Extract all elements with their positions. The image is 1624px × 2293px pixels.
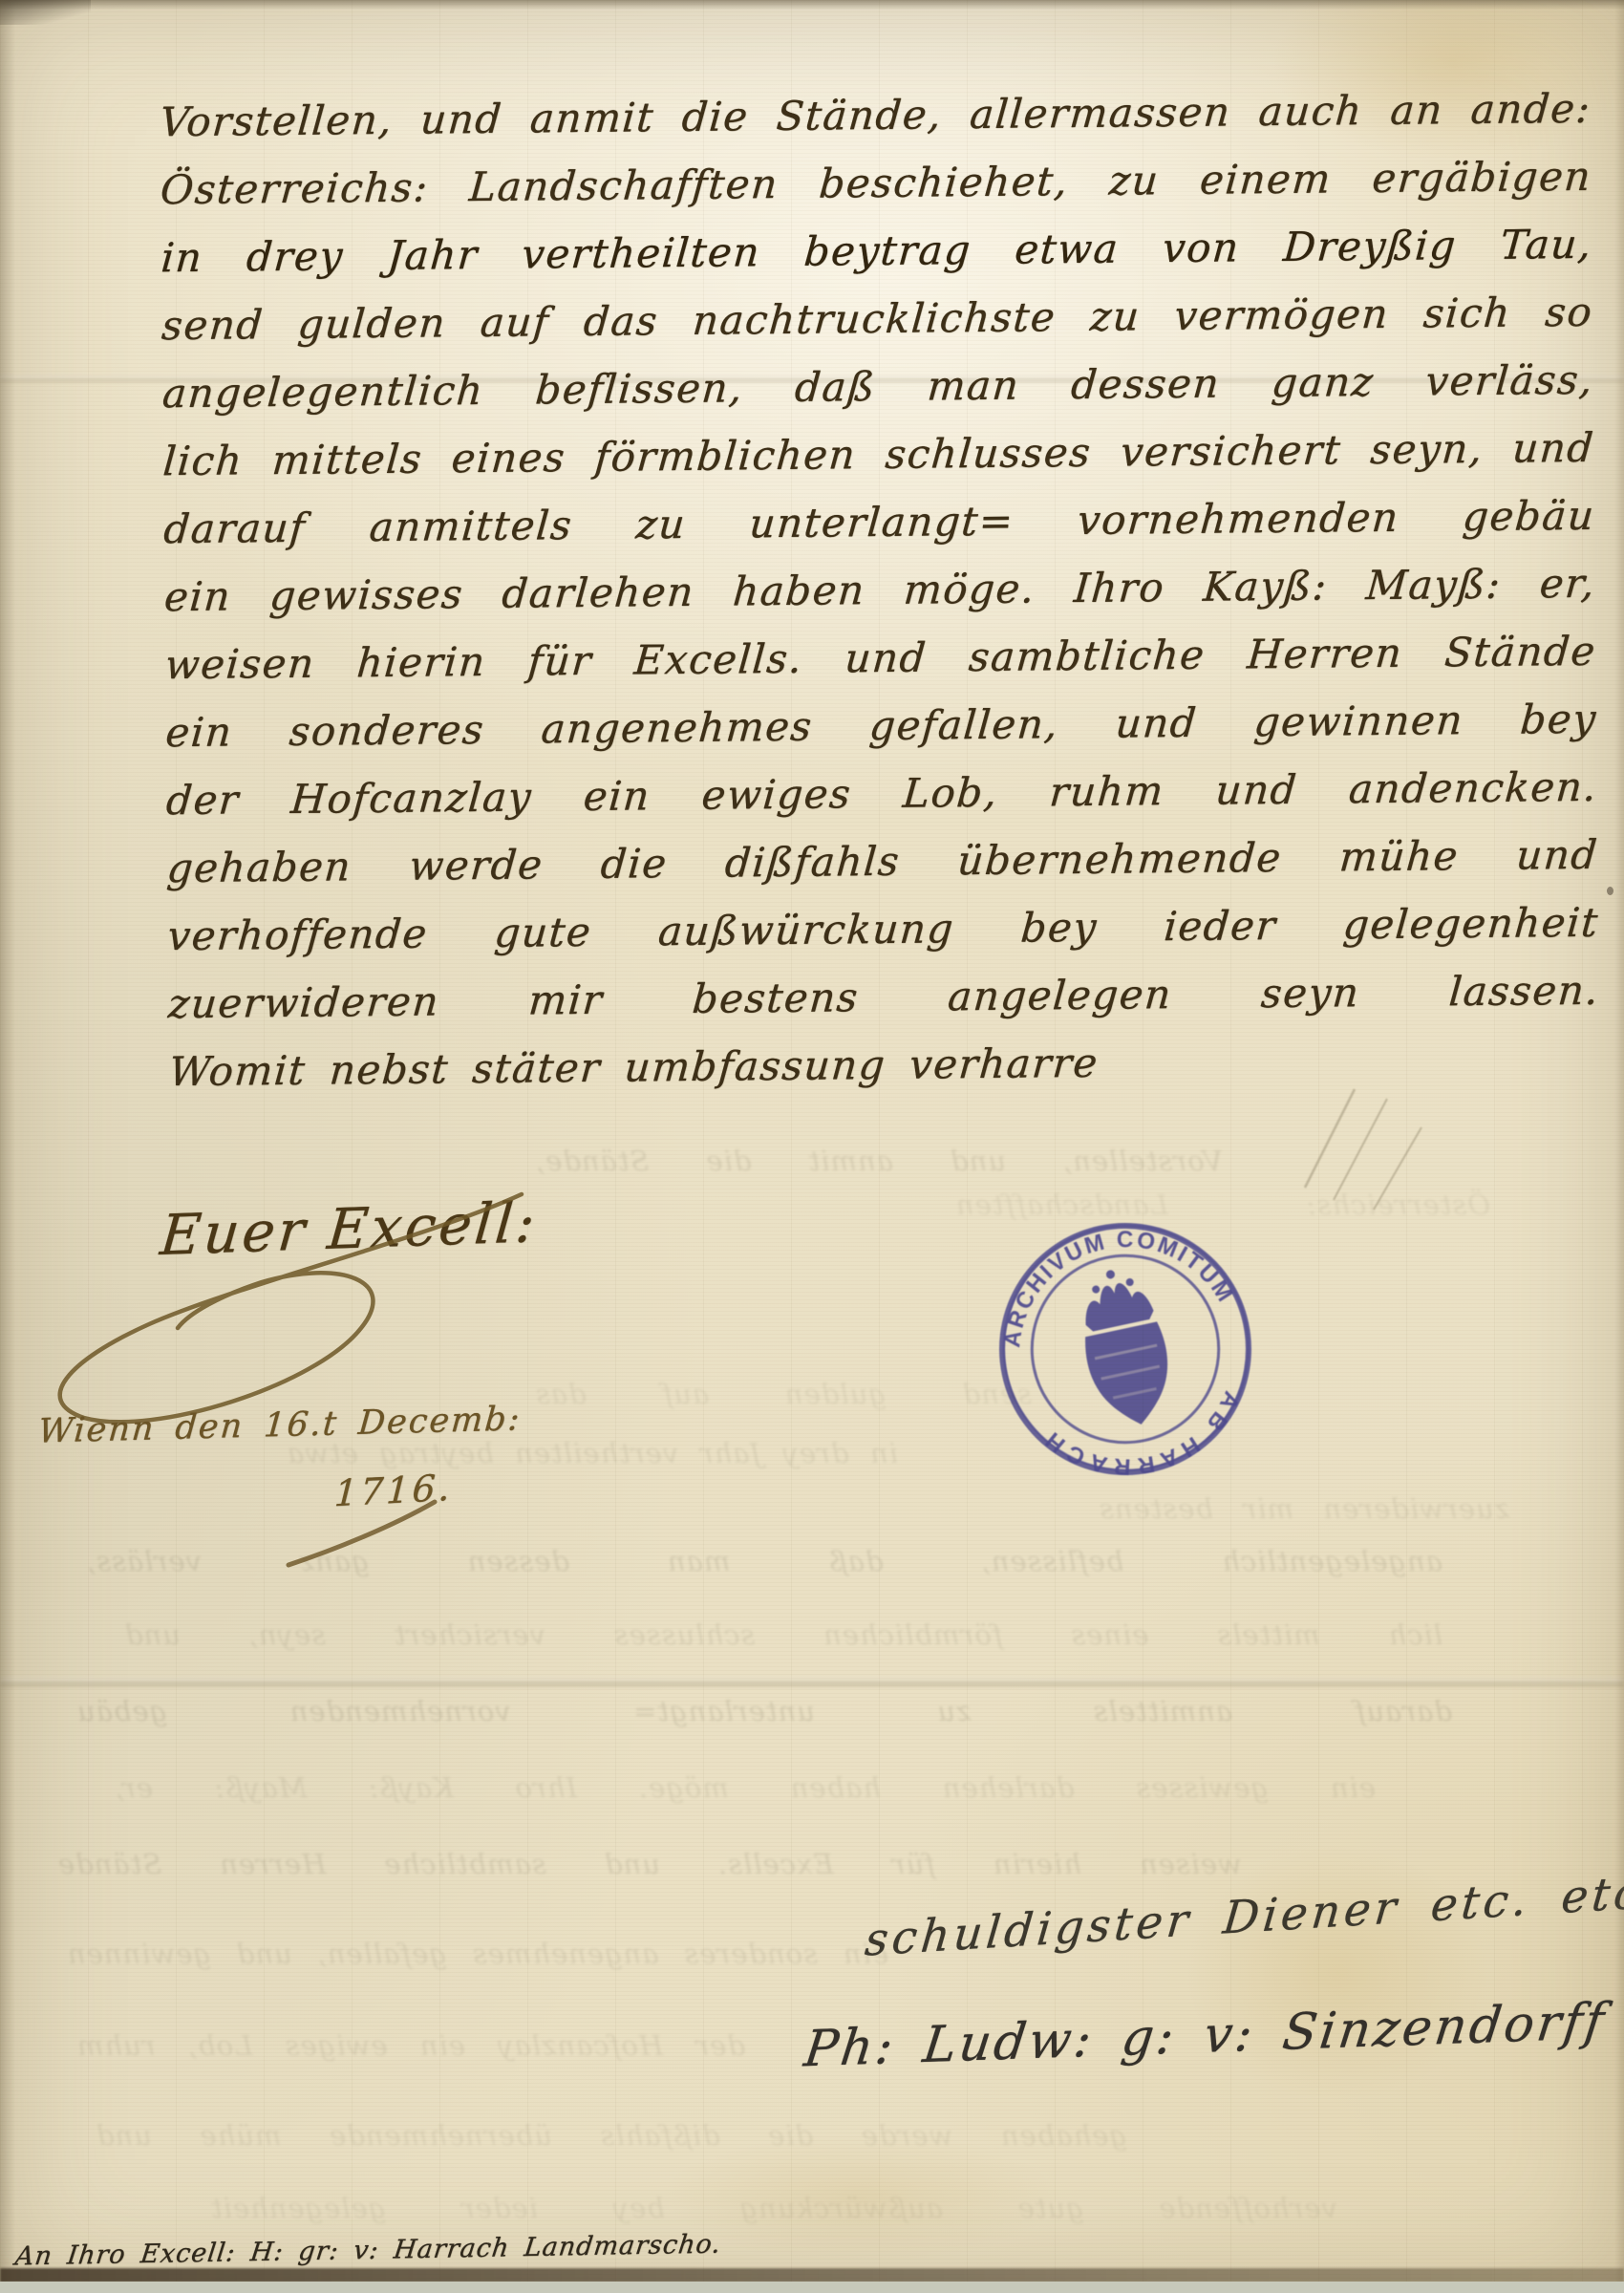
showthrough-line: ein sonderes angenehmes gefallen, und ge…	[67, 1936, 888, 1974]
showthrough-line: darauf anmittels zu unterlangt= vornehme…	[76, 1693, 1452, 1731]
page-edge-bottom	[0, 2268, 1624, 2282]
page-edge-right	[1614, 0, 1624, 2293]
page-edge-top	[0, 0, 1624, 10]
showthrough-line: zuerwideren mir bestens angelegen seyn l…	[1099, 1490, 1509, 1529]
date-underline-flourish	[239, 1471, 487, 1586]
ink-speck	[1607, 887, 1613, 895]
document-page: Vorstellen, und anmit die Stände, allerm…	[0, 0, 1624, 2293]
docket-note: An Ihro Excell: H: gr: v: Harrach Landma…	[13, 2230, 723, 2272]
fold-crease	[0, 1678, 1624, 1686]
showthrough-line: Vorstellen, und anmit die Stände, allerm…	[535, 1143, 1223, 1181]
signature-line-1: schuldigster Diener etc. etc.	[863, 1865, 1624, 1966]
pencil-marks	[1295, 1068, 1439, 1221]
showthrough-line: ein gewisses darlehen haben möge. Ihro K…	[115, 1769, 1376, 1808]
stamp-crown-icon	[1076, 1263, 1155, 1333]
showthrough-line: verhoffende gute außwürckung bey ieder g…	[210, 2190, 1337, 2228]
showthrough-line: weisen hierin für Excells. und sambtlich…	[57, 1846, 1242, 1884]
scanner-background-strip	[0, 2282, 1624, 2293]
letter-body: Vorstellen, und anmit die Stände, allerm…	[160, 77, 1600, 1108]
page-edge-left	[0, 0, 15, 2293]
signature-line-2: Ph: Ludw: g: v: Sinzendorff mpp	[801, 1988, 1624, 2079]
archive-stamp: ARCHIVUM COMITUM AB HARRACH	[995, 1219, 1255, 1479]
showthrough-line: send gulden auf das nachtrucklichste zu …	[535, 1376, 1032, 1414]
showthrough-line: der Hofcanzlay ein ewiges Lob, ruhm und …	[76, 2027, 745, 2066]
showthrough-line: lich mittels eines förmblichen schlusses…	[124, 1617, 1442, 1655]
stamp-shield-icon	[1082, 1321, 1181, 1433]
showthrough-line: gehaben werde die dißfahls übernehmende …	[96, 2117, 1127, 2155]
